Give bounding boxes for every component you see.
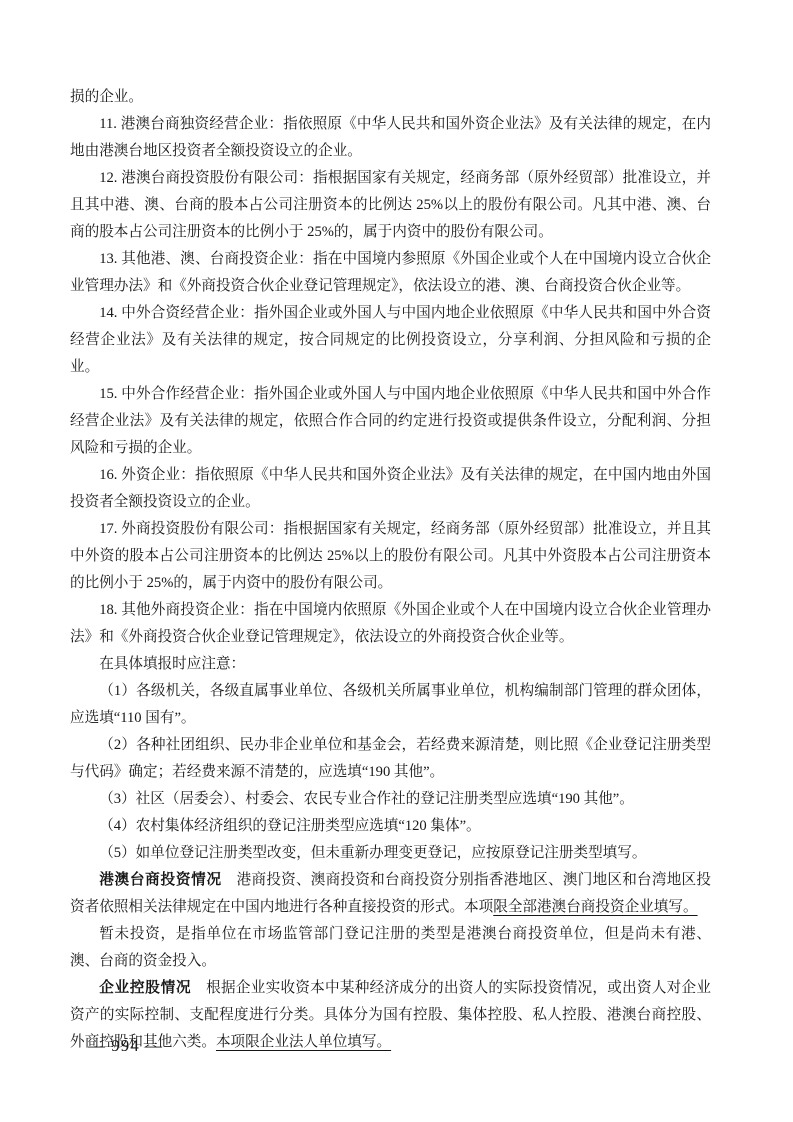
paragraph-not-yet-invested: 暂未投资，是指单位在市场监管部门登记注册的类型是港澳台商投资单位，但是尚未有港、… xyxy=(70,921,711,975)
item-15-sino-foreign-cooperative-enterprise: 15. 中外合作经营企业：指外国企业或外国人与中国内地企业依照原《中华人民共和国… xyxy=(70,381,711,462)
text-run: 暂未投资，是指单位在市场监管部门登记注册的类型是港澳台商投资单位，但是尚未有港、… xyxy=(70,926,711,969)
filling-note-4: （4）农村集体经济组织的登记注册类型应选填“120 集体”。 xyxy=(70,813,711,840)
underlined-instruction: 本项限企业法人单位填写。 xyxy=(216,1034,391,1050)
text-run: 11. 港澳台商独资经营企业：指依照原《中华人民共和国外资企业法》及有关法律的规… xyxy=(70,116,711,159)
document-page: 损的企业。11. 港澳台商独资经营企业：指依照原《中华人民共和国外资企业法》及有… xyxy=(0,0,793,1122)
text-run: 损的企业。 xyxy=(70,89,143,105)
item-17-foreign-invested-joint-stock-company: 17. 外商投资股份有限公司：指根据国家有关规定，经商务部（原外经贸部）批准设立… xyxy=(70,516,711,597)
text-run: 18. 其他外商投资企业：指在中国境内依照原《外国企业或个人在中国境内设立合伙企… xyxy=(70,602,711,645)
paragraph-continued-from-previous-page: 损的企业。 xyxy=(70,84,711,111)
item-11-hkmt-sole-proprietorship: 11. 港澳台商独资经营企业：指依照原《中华人民共和国外资企业法》及有关法律的规… xyxy=(70,111,711,165)
filling-note-1: （1）各级机关，各级直属事业单位、各级机关所属事业单位，机构编制部门管理的群众团… xyxy=(70,678,711,732)
text-run: 16. 外资企业：指依照原《中华人民共和国外资企业法》及有关法律的规定，在中国内… xyxy=(70,467,711,510)
page-number: — 994 — xyxy=(88,1036,163,1056)
filling-note-3: （3）社区（居委会）、村委会、农民专业合作社的登记注册类型应选填“190 其他”… xyxy=(70,786,711,813)
text-run: 14. 中外合资经营企业：指外国企业或外国人与中国内地企业依照原《中华人民共和国… xyxy=(70,305,711,375)
filling-note-5: （5）如单位登记注册类型改变，但未重新办理变更登记，应按原登记注册类型填写。 xyxy=(70,840,711,867)
item-14-sino-foreign-equity-joint-venture: 14. 中外合资经营企业：指外国企业或外国人与中国内地企业依照原《中华人民共和国… xyxy=(70,300,711,381)
text-run: （4）农村集体经济组织的登记注册类型应选填“120 集体”。 xyxy=(99,818,480,834)
section-hkmt-investment-status: 港澳台商投资情况 港商投资、澳商投资和台商投资分别指香港地区、澳门地区和台湾地区… xyxy=(70,867,711,921)
section-enterprise-holding-status: 企业控股情况 根据企业实收资本中某种经济成分的出资人的实际投资情况，或出资人对企… xyxy=(70,975,711,1056)
term-heading: 企业控股情况 xyxy=(99,980,191,996)
term-heading: 港澳台商投资情况 xyxy=(99,872,222,888)
text-run: （2）各种社团组织、民办非企业单位和基金会，若经费来源清楚，则比照《企业登记注册… xyxy=(70,737,711,780)
item-12-hkmt-joint-stock-company: 12. 港澳台商投资股份有限公司：指根据国家有关规定，经商务部（原外经贸部）批准… xyxy=(70,165,711,246)
document-body: 损的企业。11. 港澳台商独资经营企业：指依照原《中华人民共和国外资企业法》及有… xyxy=(70,84,711,1056)
item-16-foreign-funded-enterprise: 16. 外资企业：指依照原《中华人民共和国外资企业法》及有关法律的规定，在中国内… xyxy=(70,462,711,516)
text-run: （3）社区（居委会）、村委会、农民专业合作社的登记注册类型应选填“190 其他”… xyxy=(99,791,634,807)
item-18-other-foreign-invested-enterprises: 18. 其他外商投资企业：指在中国境内依照原《外国企业或个人在中国境内设立合伙企… xyxy=(70,597,711,651)
text-run: （1）各级机关，各级直属事业单位、各级机关所属事业单位，机构编制部门管理的群众团… xyxy=(70,683,711,726)
text-run: 在具体填报时应注意： xyxy=(99,656,245,672)
text-run: 15. 中外合作经营企业：指外国企业或外国人与中国内地企业依照原《中华人民共和国… xyxy=(70,386,711,456)
item-13-other-hkmt-investment-enterprises: 13. 其他港、澳、台商投资企业：指在中国境内参照原《外国企业或个人在中国境内设… xyxy=(70,246,711,300)
filling-note-2: （2）各种社团组织、民办非企业单位和基金会，若经费来源清楚，则比照《企业登记注册… xyxy=(70,732,711,786)
text-run: 13. 其他港、澳、台商投资企业：指在中国境内参照原《外国企业或个人在中国境内设… xyxy=(70,251,711,294)
text-run: 12. 港澳台商投资股份有限公司：指根据国家有关规定，经商务部（原外经贸部）批准… xyxy=(70,170,711,240)
text-run: 17. 外商投资股份有限公司：指根据国家有关规定，经商务部（原外经贸部）批准设立… xyxy=(70,521,711,591)
text-run: （5）如单位登记注册类型改变，但未重新办理变更登记，应按原登记注册类型填写。 xyxy=(99,845,646,861)
underlined-instruction: 限全部港澳台商投资企业填写。 xyxy=(493,899,697,915)
filling-notes-intro: 在具体填报时应注意： xyxy=(70,651,711,678)
